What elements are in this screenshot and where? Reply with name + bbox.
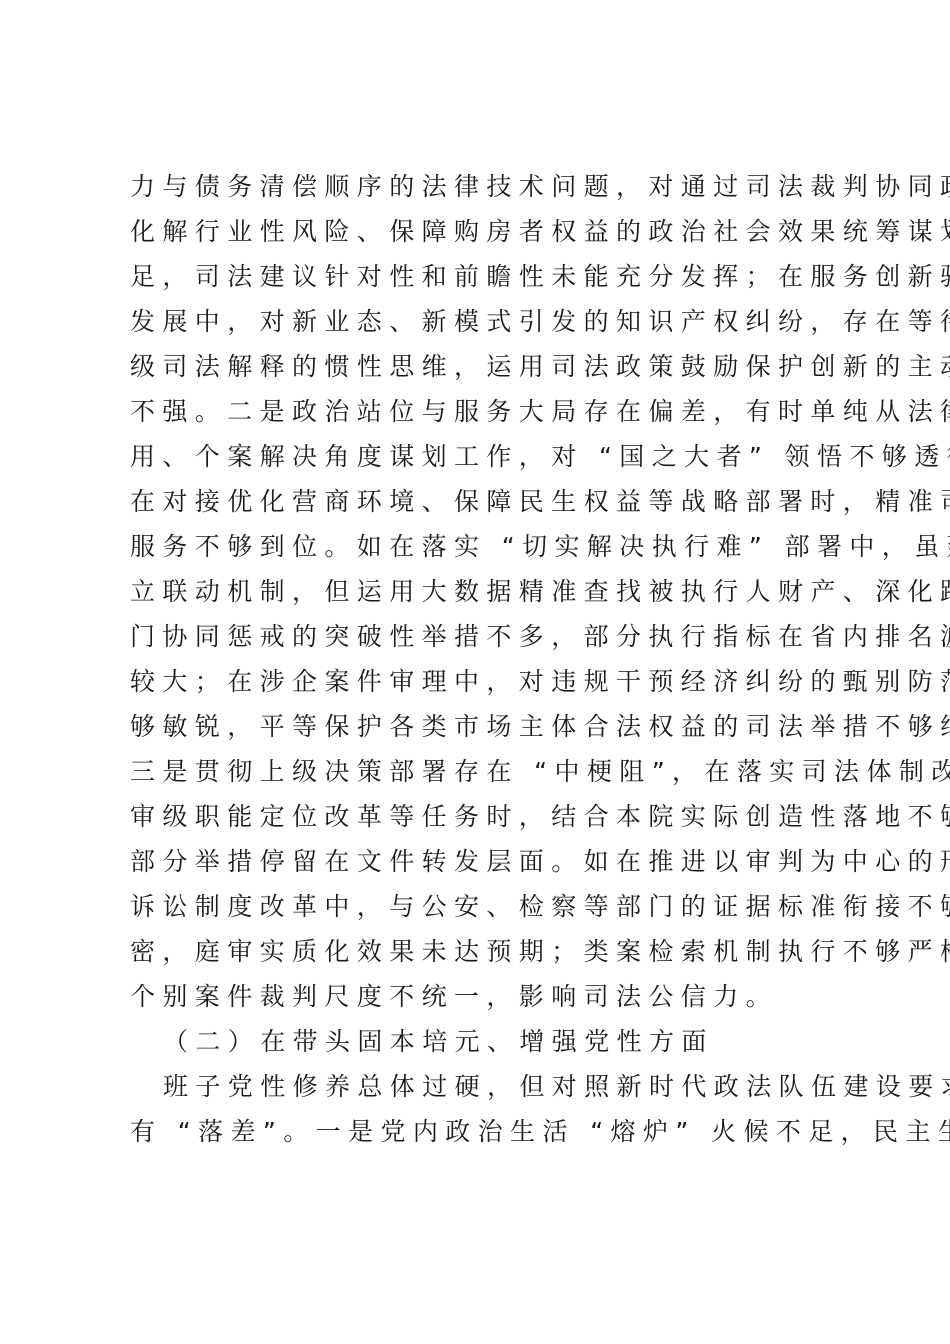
text-line: 足，司法建议针对性和前瞻性未能充分发挥；在服务创新驱动 bbox=[130, 254, 850, 299]
text-line: 不强。二是政治站位与服务大局存在偏差，有时单纯从法律适 bbox=[130, 389, 850, 434]
text-line: 部分举措停留在文件转发层面。如在推进以审判为中心的刑事 bbox=[130, 839, 850, 884]
text-line: 力与债务清偿顺序的法律技术问题，对通过司法裁判协同政府 bbox=[130, 164, 850, 209]
paragraph-first-line: 班子党性修养总体过硬，但对照新时代政法队伍建设要求仍 bbox=[130, 1064, 850, 1109]
text-line: 发展中，对新业态、新模式引发的知识产权纠纷，存在等待上 bbox=[130, 299, 850, 344]
text-line: 用、个案解决角度谋划工作，对 “国之大者” 领悟不够透彻， bbox=[130, 434, 850, 479]
text-line: 密，庭审实质化效果未达预期；类案检索机制执行不够严格， bbox=[130, 929, 850, 974]
text-line: 在对接优化营商环境、保障民生权益等战略部署时，精准司法 bbox=[130, 479, 850, 524]
text-line: 立联动机制，但运用大数据精准查找被执行人财产、深化跨部 bbox=[130, 569, 850, 614]
section-heading: （二）在带头固本培元、增强党性方面 bbox=[130, 1019, 850, 1064]
text-line: 化解行业性风险、保障购房者权益的政治社会效果统筹谋划不 bbox=[130, 209, 850, 254]
text-line: 够敏锐，平等保护各类市场主体合法权益的司法举措不够细化。 bbox=[130, 704, 850, 749]
text-line: 诉讼制度改革中，与公安、检察等部门的证据标准衔接不够紧 bbox=[130, 884, 850, 929]
text-line: 服务不够到位。如在落实 “切实解决执行难” 部署中，虽建 bbox=[130, 524, 850, 569]
text-line: 个别案件裁判尺度不统一，影响司法公信力。 bbox=[130, 974, 850, 1019]
text-line: 门协同惩戒的突破性举措不多，部分执行指标在省内排名波动 bbox=[130, 614, 850, 659]
text-line: 级司法解释的惯性思维，运用司法政策鼓励保护创新的主动性 bbox=[130, 344, 850, 389]
document-page: 力与债务清偿顺序的法律技术问题，对通过司法裁判协同政府 化解行业性风险、保障购房… bbox=[0, 0, 950, 1344]
text-line: 较大；在涉企案件审理中，对违规干预经济纠纷的甄别防范不 bbox=[130, 659, 850, 704]
text-line: 有 “落差”。一是党内政治生活 “熔炉” 火候不足，民主生 bbox=[130, 1109, 850, 1154]
text-line: 三是贯彻上级决策部署存在 “中梗阻”，在落实司法体制改革、 bbox=[130, 749, 850, 794]
text-line: 审级职能定位改革等任务时，结合本院实际创造性落地不够， bbox=[130, 794, 850, 839]
document-body: 力与债务清偿顺序的法律技术问题，对通过司法裁判协同政府 化解行业性风险、保障购房… bbox=[130, 164, 850, 1154]
